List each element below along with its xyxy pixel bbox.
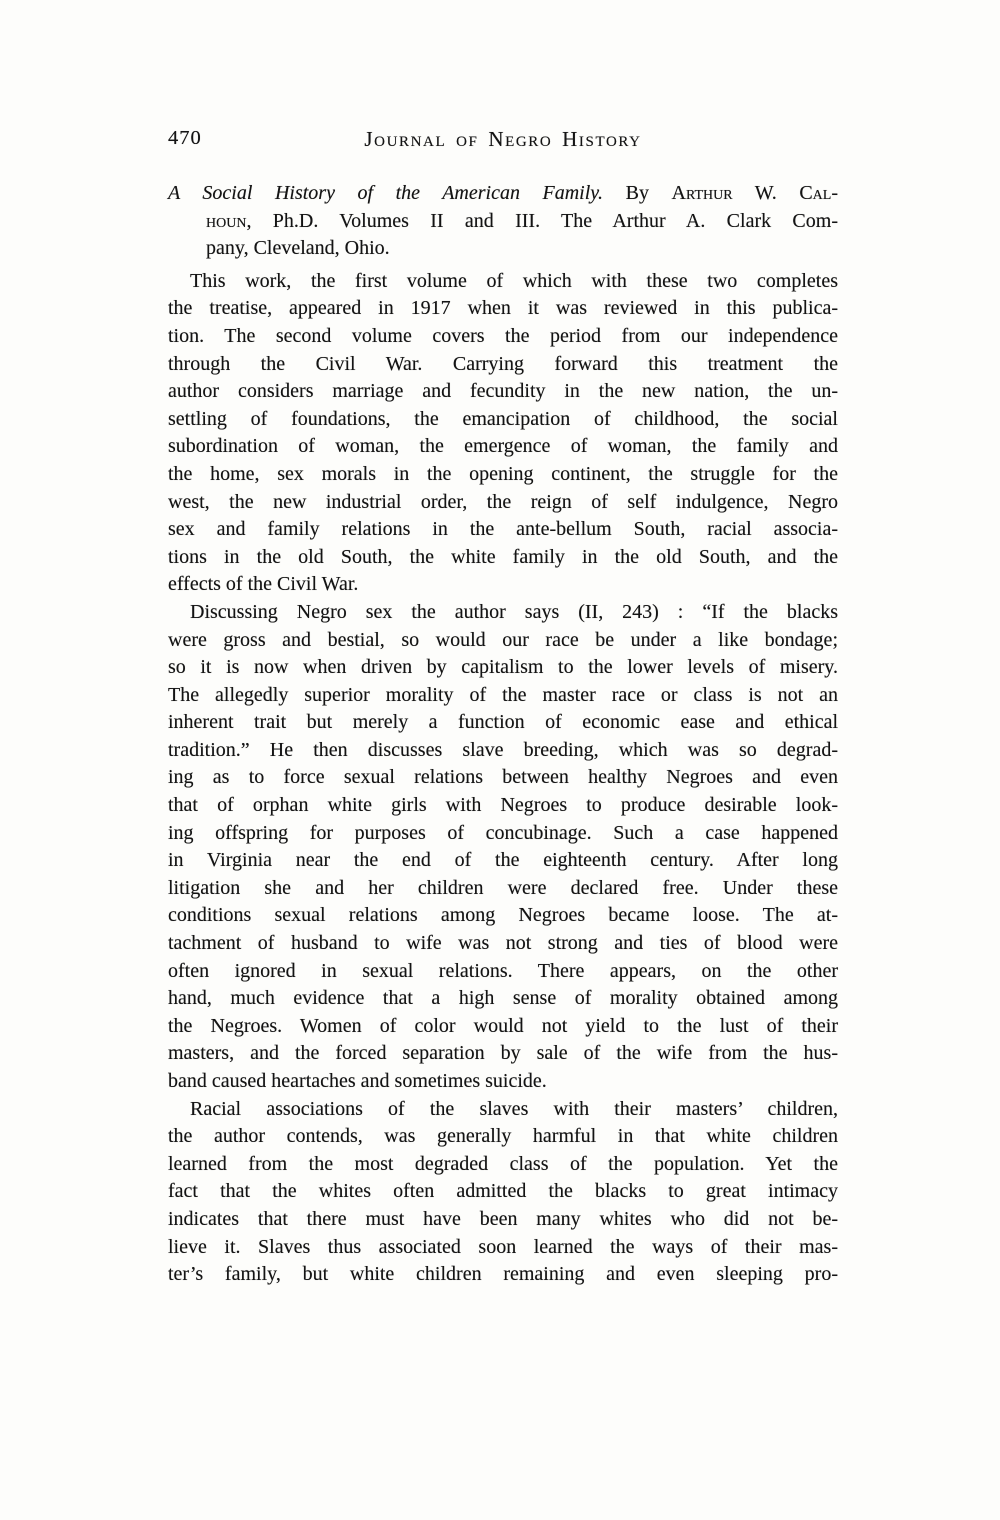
body-text-line: ing offspring for purposes of concubinag… <box>168 820 838 848</box>
body-text-line: conditions sexual relations among Negroe… <box>168 902 838 930</box>
running-title: Journal of Negro History <box>168 127 838 152</box>
body-text-line: tradition.” He then discusses slave bree… <box>168 737 838 765</box>
body-text-line: band caused heartaches and sometimes sui… <box>168 1068 838 1096</box>
body-text-line: The allegedly superior morality of the m… <box>168 682 838 710</box>
citation-segment-normal: By <box>603 182 671 204</box>
body-text-line: This work, the first volume of which wit… <box>168 268 838 296</box>
body-text-line: learned from the most degraded class of … <box>168 1151 838 1179</box>
body-text-line: ter’s family, but white children remaini… <box>168 1261 838 1289</box>
body-text-line: subordination of woman, the emergence of… <box>168 433 838 461</box>
body-text-line: that of orphan white girls with Negroes … <box>168 792 838 820</box>
body-text-line: litigation she and her children were dec… <box>168 875 838 903</box>
body-text-line: settling of foundations, the emancipatio… <box>168 406 838 434</box>
body-text-line: the treatise, appeared in 1917 when it w… <box>168 295 838 323</box>
body-text-line: so it is now when driven by capitalism t… <box>168 654 838 682</box>
body-text-line: tions in the old South, the white family… <box>168 544 838 572</box>
citation-line: pany, Cleveland, Ohio. <box>168 235 838 263</box>
citation-segment-normal: pany, Cleveland, Ohio. <box>206 237 390 259</box>
body-text-line: Racial associations of the slaves with t… <box>168 1096 838 1124</box>
body-text-line: inherent trait but merely a function of … <box>168 709 838 737</box>
citation-segment-italic: A Social History of the American Family. <box>168 182 603 204</box>
body-text-line: masters, and the forced separation by sa… <box>168 1040 838 1068</box>
body-text-line: fact that the whites often admitted the … <box>168 1178 838 1206</box>
citation-segment-smallcaps: houn <box>206 210 246 232</box>
body-text-line: in Virginia near the end of the eighteen… <box>168 847 838 875</box>
review-text-block: A Social History of the American Family.… <box>168 180 838 1289</box>
citation-line: houn, Ph.D. Volumes II and III. The Arth… <box>168 208 838 236</box>
body-text-line: west, the new industrial order, the reig… <box>168 489 838 517</box>
body-text-line: tachment of husband to wife was not stro… <box>168 930 838 958</box>
body-text-line: were gross and bestial, so would our rac… <box>168 627 838 655</box>
body-text-line: the home, sex morals in the opening cont… <box>168 461 838 489</box>
body-text-line: through the Civil War. Carrying forward … <box>168 351 838 379</box>
body-text-line: hand, much evidence that a high sense of… <box>168 985 838 1013</box>
citation-segment-normal: , Ph.D. Volumes II and III. The Arthur A… <box>246 210 838 232</box>
body-text-line: the Negroes. Women of color would not yi… <box>168 1013 838 1041</box>
body-text-line: lieve it. Slaves thus associated soon le… <box>168 1234 838 1262</box>
body-text-line: author considers marriage and fecundity … <box>168 378 838 406</box>
body-text-line: indicates that there must have been many… <box>168 1206 838 1234</box>
body-text-line: ing as to force sexual relations between… <box>168 764 838 792</box>
body-text-line: the author contends, was generally harmf… <box>168 1123 838 1151</box>
body-text-line: Discussing Negro sex the author says (II… <box>168 599 838 627</box>
body-text-line: effects of the Civil War. <box>168 571 838 599</box>
citation-segment-smallcaps: Arthur W. Cal- <box>672 182 839 204</box>
body-text-line: tion. The second volume covers the perio… <box>168 323 838 351</box>
body-text-line: sex and family relations in the ante-bel… <box>168 516 838 544</box>
citation-line: A Social History of the American Family.… <box>168 180 838 208</box>
running-head: 470 Journal of Negro History <box>168 127 838 153</box>
book-page: 470 Journal of Negro History A Social Hi… <box>0 0 1000 1520</box>
body-text-line: often ignored in sexual relations. There… <box>168 958 838 986</box>
